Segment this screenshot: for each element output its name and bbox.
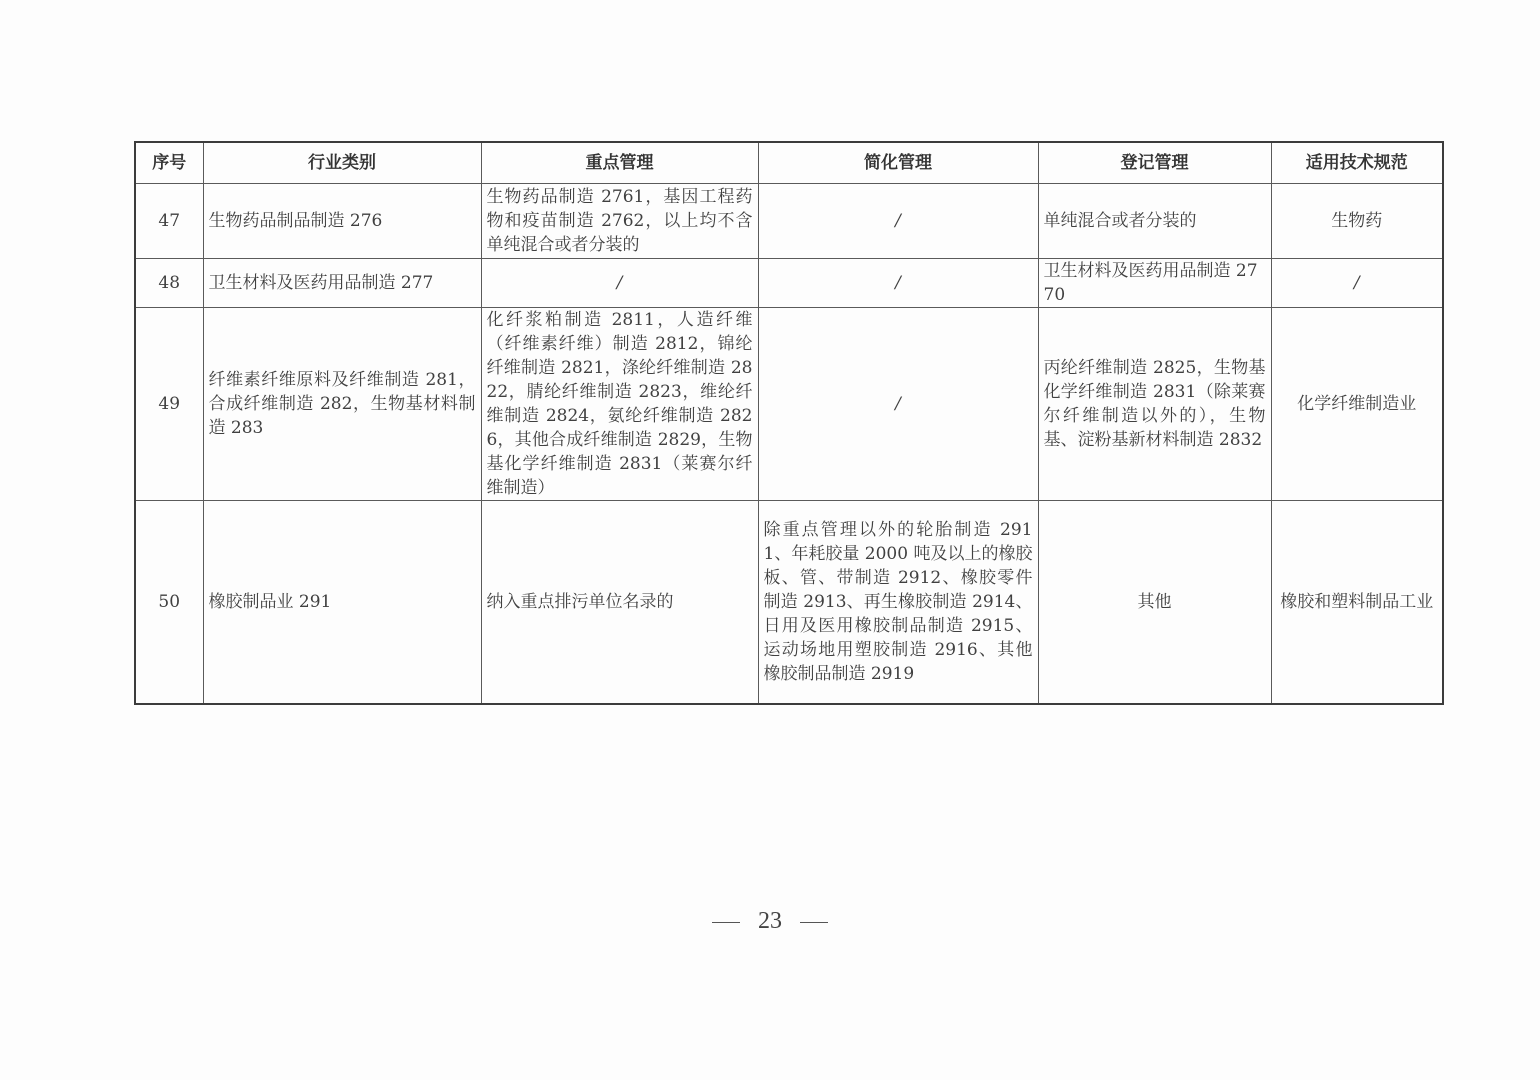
cell-serial-number: 48 [135, 259, 203, 308]
header-industry-category: 行业类别 [203, 142, 481, 184]
cell-technical-spec: / [1271, 259, 1443, 308]
dash-left [712, 922, 740, 923]
cell-industry-category: 生物药品制品制造 276 [203, 184, 481, 259]
cell-technical-spec: 化学纤维制造业 [1271, 308, 1443, 501]
cell-industry-category: 纤维素纤维原料及纤维制造 281，合成纤维制造 282，生物基材料制造 283 [203, 308, 481, 501]
page-number: 23 [758, 908, 782, 934]
cell-registration-management: 丙纶纤维制造 2825，生物基化学纤维制造 2831（除莱赛尔纤维制造以外的），… [1038, 308, 1271, 501]
industry-permit-table: 序号 行业类别 重点管理 简化管理 登记管理 适用技术规范 47 生物药品制品制… [134, 141, 1444, 705]
dash-right [800, 922, 828, 923]
cell-industry-category: 卫生材料及医药用品制造 277 [203, 259, 481, 308]
cell-registration-management: 其他 [1038, 501, 1271, 705]
cell-simplified-management: 除重点管理以外的轮胎制造 2911、年耗胶量 2000 吨及以上的橡胶板、管、带… [758, 501, 1038, 705]
header-simplified-management: 简化管理 [758, 142, 1038, 184]
cell-serial-number: 47 [135, 184, 203, 259]
cell-key-management: 生物药品制造 2761，基因工程药物和疫苗制造 2762，以上均不含单纯混合或者… [481, 184, 758, 259]
cell-serial-number: 50 [135, 501, 203, 705]
cell-key-management: 化纤浆粕制造 2811，人造纤维（纤维素纤维）制造 2812，锦纶纤维制造 28… [481, 308, 758, 501]
cell-registration-management: 单纯混合或者分装的 [1038, 184, 1271, 259]
header-registration-management: 登记管理 [1038, 142, 1271, 184]
cell-key-management: / [481, 259, 758, 308]
cell-simplified-management: / [758, 259, 1038, 308]
table-header-row: 序号 行业类别 重点管理 简化管理 登记管理 适用技术规范 [135, 142, 1443, 184]
page-footer: 23 [0, 908, 1540, 935]
cell-technical-spec: 生物药 [1271, 184, 1443, 259]
cell-registration-management: 卫生材料及医药用品制造 2770 [1038, 259, 1271, 308]
cell-technical-spec: 橡胶和塑料制品工业 [1271, 501, 1443, 705]
table-row: 50 橡胶制品业 291 纳入重点排污单位名录的 除重点管理以外的轮胎制造 29… [135, 501, 1443, 705]
table-row: 49 纤维素纤维原料及纤维制造 281，合成纤维制造 282，生物基材料制造 2… [135, 308, 1443, 501]
cell-key-management: 纳入重点排污单位名录的 [481, 501, 758, 705]
cell-simplified-management: / [758, 308, 1038, 501]
cell-simplified-management: / [758, 184, 1038, 259]
cell-serial-number: 49 [135, 308, 203, 501]
cell-industry-category: 橡胶制品业 291 [203, 501, 481, 705]
table-row: 47 生物药品制品制造 276 生物药品制造 2761，基因工程药物和疫苗制造 … [135, 184, 1443, 259]
header-technical-spec: 适用技术规范 [1271, 142, 1443, 184]
header-key-management: 重点管理 [481, 142, 758, 184]
header-serial-number: 序号 [135, 142, 203, 184]
table-row: 48 卫生材料及医药用品制造 277 / / 卫生材料及医药用品制造 2770 … [135, 259, 1443, 308]
document-page: 序号 行业类别 重点管理 简化管理 登记管理 适用技术规范 47 生物药品制品制… [0, 0, 1540, 1080]
